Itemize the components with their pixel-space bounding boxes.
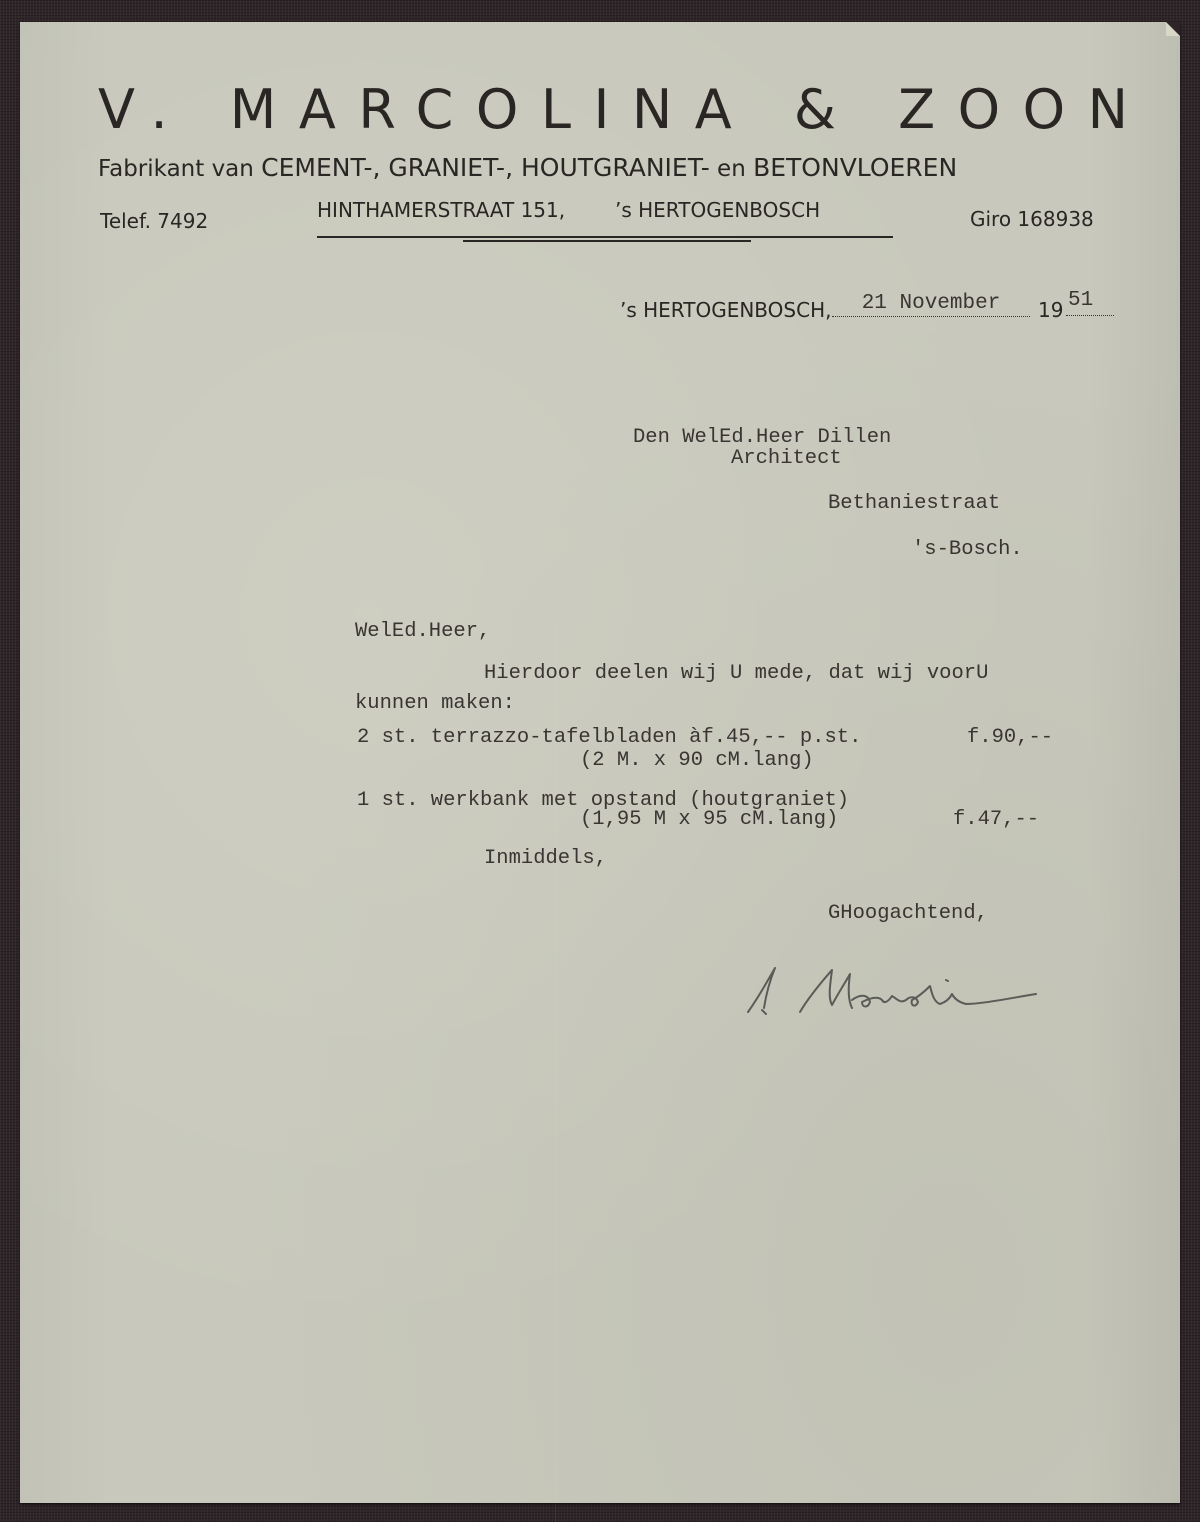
- item-1-dimensions: (2 M. x 90 cM.lang): [580, 749, 814, 773]
- handwritten-signature: [740, 950, 1050, 1030]
- tagline-conj: en: [717, 156, 746, 182]
- folded-corner: [1166, 22, 1180, 36]
- company-name: V. MARCOLINA & ZOON: [98, 80, 1151, 140]
- recipient-street: Bethaniestraat: [828, 492, 1000, 516]
- item-2-dimensions: (1,95 M x 95 cM.lang): [580, 808, 838, 832]
- address-city: ’s HERTOGENBOSCH: [615, 198, 820, 222]
- tagline-prefix: Fabrikant van: [98, 156, 254, 182]
- tagline-products: CEMENT-, GRANIET-, HOUTGRANIET-: [261, 153, 710, 182]
- dateline-day-month: 21 November: [832, 292, 1030, 317]
- closing-transition: Inmiddels,: [484, 847, 607, 871]
- item-2-price: f.47,--: [953, 808, 1039, 832]
- telephone-number: Telef. 7492: [100, 209, 208, 233]
- address-street: HINTHAMERSTRAAT 151,: [317, 198, 565, 222]
- letterhead-rule-short: [463, 240, 751, 242]
- paper-crease: [555, 622, 556, 1522]
- item-1-description: 2 st. terrazzo-tafelbladen àf.45,-- p.st…: [357, 726, 861, 750]
- closing: GHoogachtend,: [828, 902, 988, 926]
- company-tagline: Fabrikant van CEMENT-, GRANIET-, HOUTGRA…: [98, 153, 957, 184]
- item-1-price: f.90,--: [967, 726, 1053, 750]
- dateline-year: 51: [1066, 289, 1114, 316]
- giro-number: Giro 168938: [970, 207, 1094, 231]
- dateline-city: ’s HERTOGENBOSCH,: [620, 298, 831, 322]
- salutation: WelEd.Heer,: [355, 620, 490, 644]
- intro-line2: kunnen maken:: [355, 692, 515, 716]
- recipient-city: 's-Bosch.: [912, 538, 1023, 562]
- tagline-last: BETONVLOEREN: [753, 153, 957, 182]
- dateline-century: 19: [1038, 298, 1063, 322]
- recipient-line2: Architect: [731, 447, 842, 471]
- letterhead-rule-long: [317, 236, 893, 238]
- intro-line1: Hierdoor deelen wij U mede, dat wij voor…: [484, 662, 988, 686]
